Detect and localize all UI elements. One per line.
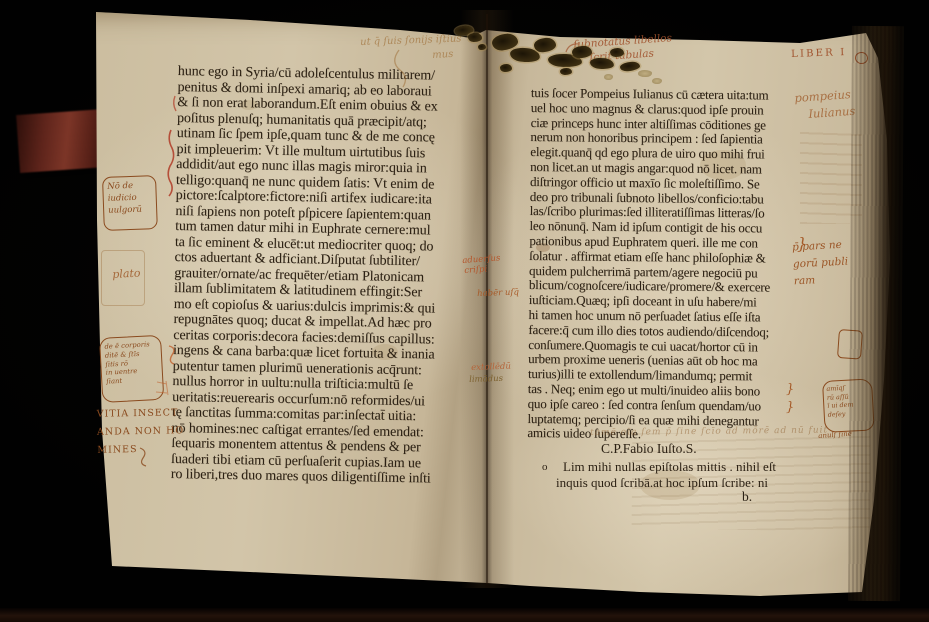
- note-line: VITIA INSECT: [97, 404, 184, 424]
- shelf-edge: [0, 608, 929, 622]
- note-line: ram: [793, 271, 849, 291]
- worm-hole: [610, 48, 624, 57]
- photograph-of-incunable: hunc ego in Syria/cū adoleſcentulus mili…: [0, 0, 929, 622]
- right-page-text: tuis ſocer Pompeius Iulianus cū cætera u…: [527, 86, 803, 444]
- epistle-heading: C.P.Fabio Iuſto.S.: [601, 441, 697, 457]
- note-line: ſiant: [106, 375, 158, 387]
- fore-edge: [848, 26, 904, 601]
- marginal-note-gutter: criſpi: [464, 264, 488, 276]
- marginal-note-gutter: limādus: [469, 374, 503, 385]
- running-title: LIBER I: [791, 47, 847, 60]
- margin-brace: }: [786, 382, 794, 397]
- worm-crater: [604, 74, 613, 80]
- margin-brace: }: [797, 234, 807, 253]
- marginal-note-box: de ē corporisditē & ſtīsſitis rōin uentr…: [99, 335, 164, 403]
- book-clasp: [16, 109, 108, 173]
- marginal-note-gutter: extollēdū: [471, 362, 511, 373]
- marginal-note-top-left: mus: [432, 49, 454, 61]
- worm-hole: [478, 44, 486, 50]
- note-line: uulgorū: [108, 203, 152, 217]
- letter-opening-line: inquis quod ſcribā.at hoc ipſum ſcribe: …: [556, 475, 768, 491]
- marginal-note-box: Nō deiudiciouulgorū: [102, 175, 158, 231]
- worm-crater: [638, 70, 652, 77]
- note-line: ANDA NON HO: [97, 422, 184, 442]
- marginal-note-vitia: VITIA INSECTANDA NON HOMINES: [97, 404, 185, 460]
- left-page-text: hunc ego in Syria/cū adoleſcentulus mili…: [171, 64, 480, 488]
- worm-crater: [652, 78, 662, 84]
- marginal-note-plato: plato: [112, 267, 141, 281]
- marginal-note-gutter: habēr uſq̄: [477, 288, 519, 299]
- guide-letter: o: [542, 461, 548, 473]
- note-line: gorū publi: [793, 254, 849, 274]
- note-line: MINES: [97, 440, 184, 460]
- worm-hole: [500, 64, 512, 72]
- worm-hole: [468, 33, 482, 42]
- letter-opening-line: Lim mihi nullas epiſtolas mittis . nihil…: [563, 459, 776, 475]
- worm-hole: [560, 68, 572, 75]
- margin-brace: }: [786, 400, 794, 415]
- catchword: b.: [742, 489, 752, 505]
